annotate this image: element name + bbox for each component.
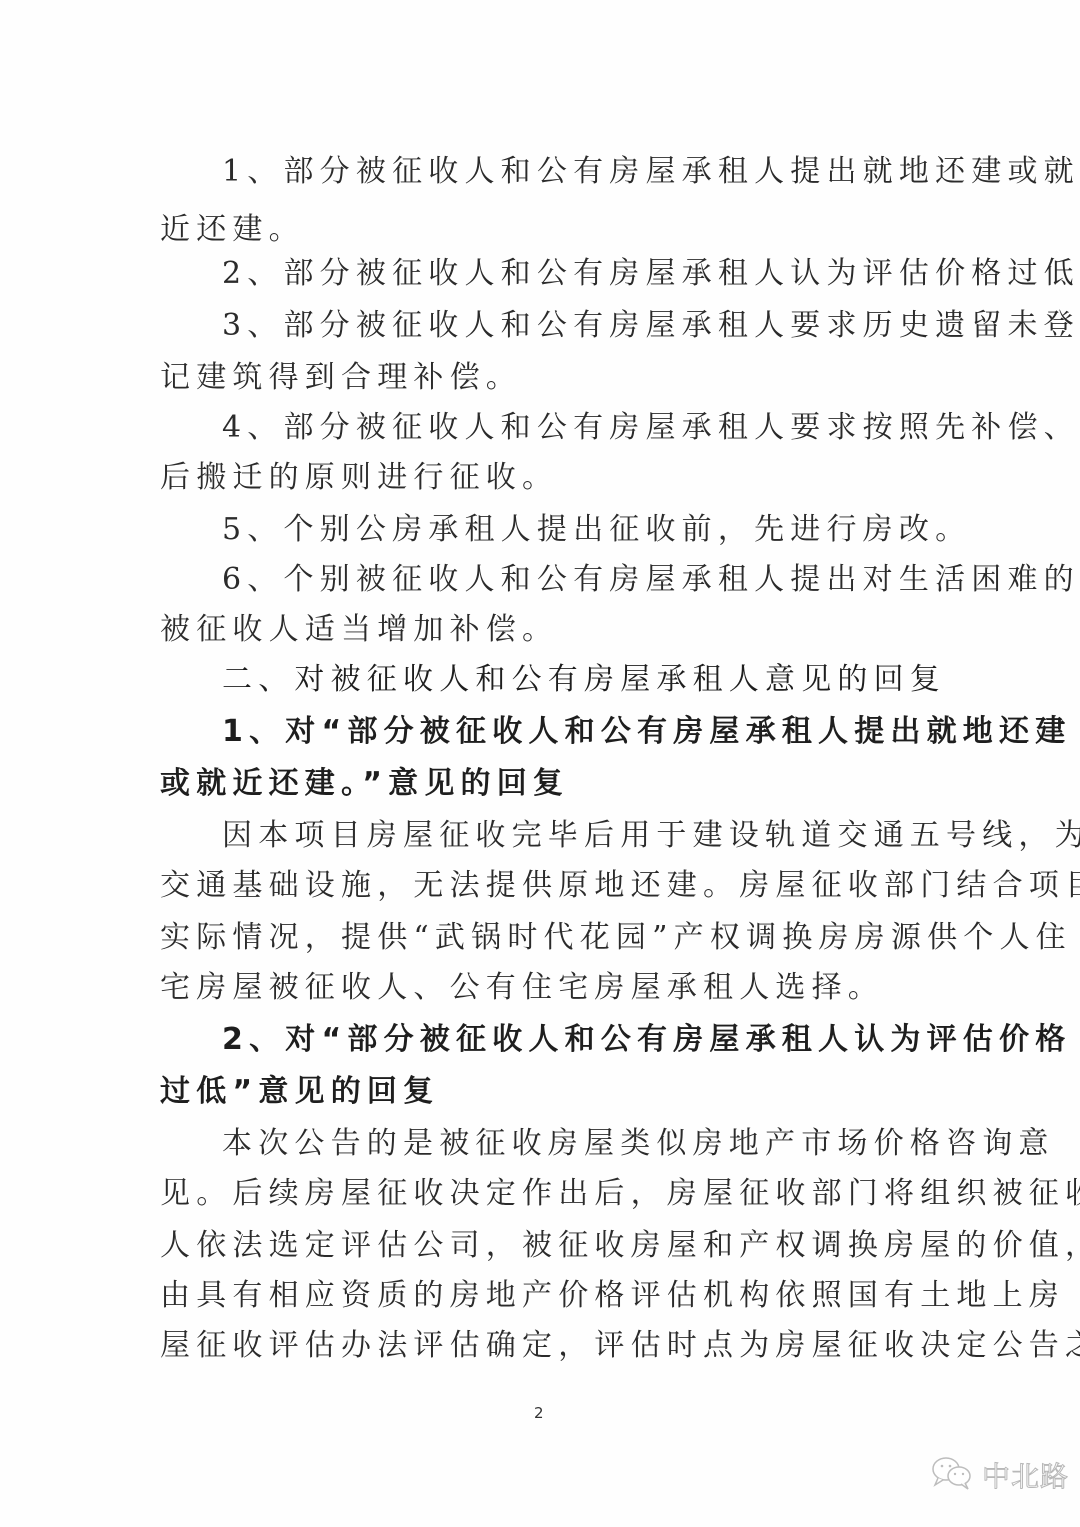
watermark: 中北路 <box>930 1455 1069 1495</box>
text-line: 因本项目房屋征收完毕后用于建设轨道交通五号线，为 <box>222 816 1080 856</box>
text-line: 4、部分被征收人和公有房屋承租人要求按照先补偿、 <box>222 408 1080 448</box>
subheading-line: 过低”意见的回复 <box>160 1072 439 1112</box>
text-line: 近还建。 <box>160 210 305 250</box>
text-line: 见。后续房屋征收决定作出后，房屋征收部门将组织被征收 <box>160 1174 1080 1214</box>
text-line: 2、部分被征收人和公有房屋承租人认为评估价格过低。 <box>222 254 1080 294</box>
document-page: 1、部分被征收人和公有房屋承租人提出就地还建或就近还建。2、部分被征收人和公有房… <box>0 0 1080 1527</box>
watermark-text: 中北路 <box>982 1455 1069 1495</box>
page-number: 2 <box>534 1404 544 1422</box>
section-heading: 二、对被征收人和公有房屋承租人意见的回复 <box>222 660 946 700</box>
subheading-line: 或就近还建。”意见的回复 <box>160 764 569 804</box>
text-line: 人依法选定评估公司，被征收房屋和产权调换房屋的价值， <box>160 1226 1080 1266</box>
wechat-icon <box>930 1455 976 1495</box>
text-line: 宅房屋被征收人、公有住宅房屋承租人选择。 <box>160 968 884 1008</box>
text-line: 6、个别被征收人和公有房屋承租人提出对生活困难的 <box>222 560 1080 600</box>
text-line: 3、部分被征收人和公有房屋承租人要求历史遗留未登 <box>222 306 1080 346</box>
text-line: 屋征收评估办法评估确定，评估时点为房屋征收决定公告之 <box>160 1326 1080 1366</box>
text-line: 本次公告的是被征收房屋类似房地产市场价格咨询意 <box>222 1124 1055 1164</box>
text-line: 后搬迁的原则进行征收。 <box>160 458 558 498</box>
text-line: 交通基础设施，无法提供原地还建。房屋征收部门结合项目 <box>160 866 1080 906</box>
text-line: 由具有相应资质的房地产价格评估机构依照国有土地上房 <box>160 1276 1065 1316</box>
subheading-line: 1、对“部分被征收人和公有房屋承租人提出就地还建 <box>222 712 1071 752</box>
text-line: 被征收人适当增加补偿。 <box>160 610 558 650</box>
text-line: 记建筑得到合理补偿。 <box>160 358 522 398</box>
text-line: 1、部分被征收人和公有房屋承租人提出就地还建或就 <box>222 152 1080 192</box>
text-line: 实际情况，提供“武锅时代花园”产权调换房房源供个人住 <box>160 918 1072 958</box>
text-line: 5、个别公房承租人提出征收前，先进行房改。 <box>222 510 971 550</box>
subheading-line: 2、对“部分被征收人和公有房屋承租人认为评估价格 <box>222 1020 1071 1060</box>
